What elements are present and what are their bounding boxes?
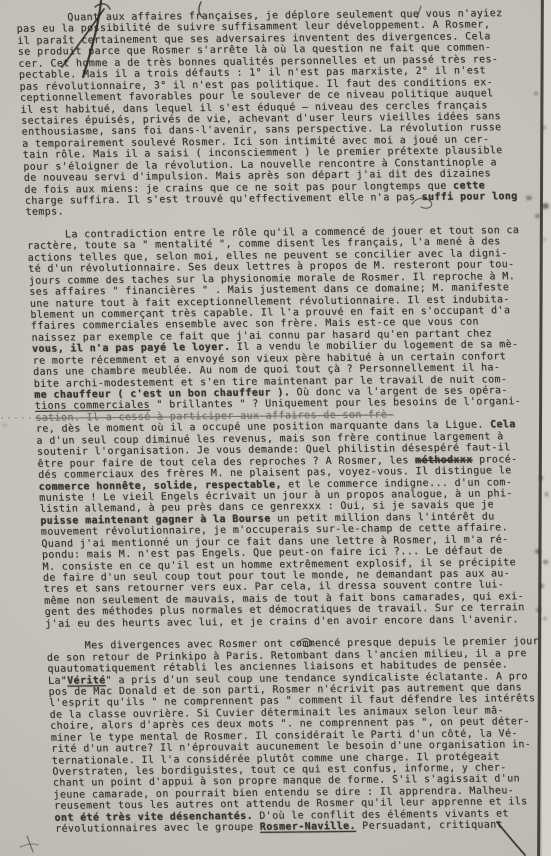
- text-segment: méthodxxx: [415, 454, 473, 466]
- ink-smudge: [526, 196, 532, 200]
- ink-smudge: [542, 203, 549, 209]
- scanned-document-page: Quant aux affaires françaises, je déplor…: [0, 0, 551, 856]
- text-segment: suffi: [421, 192, 454, 203]
- text-segment: Persuadant, critiquant: [356, 820, 504, 832]
- paragraph: La contradiction entre le rôle qu'il a c…: [26, 225, 551, 630]
- ink-smudge: [539, 584, 544, 588]
- ink-smudge: [545, 492, 548, 497]
- pencil-mark-bottom-left-2: [20, 844, 38, 847]
- text-segment: cette: [453, 180, 486, 191]
- ink-smudge: [543, 617, 547, 620]
- ink-smudge: [536, 608, 541, 612]
- paragraph: Mes divergences avec Rosmer ont commencé…: [46, 636, 551, 836]
- ink-smudge: [534, 92, 538, 95]
- document-text: Quant aux affaires françaises, je déplor…: [0, 8, 551, 836]
- text-segment: La": [48, 675, 68, 686]
- ink-smudge: [3, 424, 6, 426]
- text-segment: révolutionnaires avec le groupe: [55, 822, 260, 835]
- ink-smudge: [539, 476, 543, 480]
- pen-stroke-top-left-hook: [95, 4, 110, 9]
- ink-smudge: [543, 126, 546, 129]
- ink-smudge: [535, 214, 540, 218]
- ink-smudge: [543, 238, 546, 241]
- ink-smudge: [543, 560, 548, 564]
- pencil-mark-bottom-left-1: [27, 836, 33, 852]
- text-segment: Vérité: [67, 675, 106, 686]
- text-segment: pour long: [453, 191, 518, 203]
- text-segment: procé-: [472, 454, 517, 465]
- text-segment: Rosmer-Naville.: [260, 821, 357, 833]
- text-segment: temps.: [25, 207, 64, 218]
- ink-smudge: [535, 549, 541, 554]
- text-segment: Cela: [490, 420, 516, 431]
- text-segment: tions commerciales: [35, 400, 151, 412]
- paragraph: Quant aux affaires françaises, je déplor…: [16, 8, 551, 219]
